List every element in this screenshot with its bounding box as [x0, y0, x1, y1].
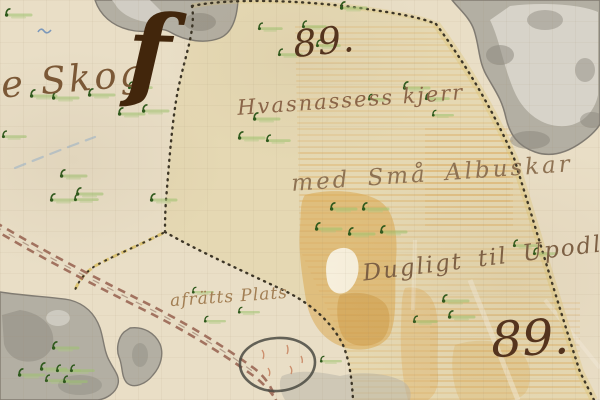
- historical-map: le Skog f 89. Hvasnassess kjerr med Små …: [0, 0, 600, 400]
- blue-mark: [38, 29, 51, 33]
- stream: [15, 137, 95, 168]
- enclosure-oval: [240, 338, 315, 391]
- rock-area-top-center: [95, 0, 238, 41]
- map-canvas: [0, 0, 600, 400]
